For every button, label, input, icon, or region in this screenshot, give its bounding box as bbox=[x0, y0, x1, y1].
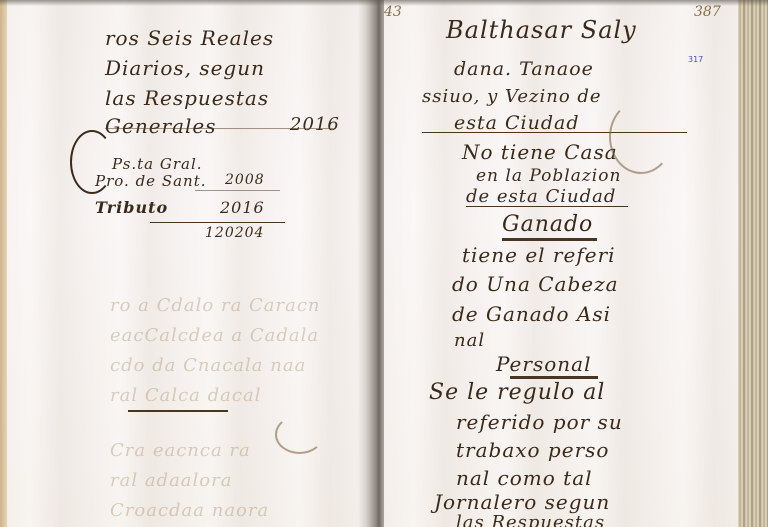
heading-underline bbox=[510, 376, 598, 379]
archive-stamp-number: 317 bbox=[688, 55, 703, 64]
section-heading-ganado: Ganado bbox=[502, 212, 593, 237]
heading-underline bbox=[502, 238, 597, 241]
manuscript-line: las Respuestas bbox=[105, 86, 269, 110]
bleed-through-text: Cra eacnca ra bbox=[110, 440, 251, 461]
sum-rule bbox=[150, 222, 285, 223]
bleed-through-text: Croacdaa naora bbox=[110, 500, 269, 521]
flourish-ornament bbox=[275, 415, 324, 454]
manuscript-spread: ro a Cdalo ra Caracn eacCalcdea a Cadala… bbox=[0, 0, 768, 527]
manuscript-line: ssiuo, y Vezino de bbox=[422, 86, 602, 107]
manuscript-line: nal como tal bbox=[456, 466, 593, 490]
manuscript-line: referido por su bbox=[456, 410, 623, 434]
manuscript-line: las Respuestas bbox=[456, 512, 605, 527]
manuscript-line: do Una Cabeza bbox=[452, 272, 619, 296]
ledger-rule bbox=[128, 410, 228, 412]
amount-tributo: 2016 bbox=[220, 198, 265, 217]
manuscript-line: trabaxo perso bbox=[456, 438, 609, 462]
bleed-through-text: cdo da Cnacala naa bbox=[110, 355, 306, 376]
page-stack-edge bbox=[738, 0, 768, 527]
bleed-through-text: ral adaalora bbox=[110, 470, 232, 491]
folio-number-right: 387 bbox=[694, 4, 721, 20]
manuscript-line: Tributo bbox=[95, 198, 168, 217]
manuscript-line: ros Seis Reales bbox=[105, 26, 274, 50]
section-heading-personal: Personal bbox=[496, 352, 591, 376]
bleed-through-text: eacCalcdea a Cadala bbox=[110, 325, 319, 346]
manuscript-line: Diarios, segun bbox=[105, 56, 265, 80]
bleed-through-text: ro a Cdalo ra Caracn bbox=[110, 295, 321, 316]
amount-pro-de-sant: 2008 bbox=[225, 172, 265, 188]
manuscript-line: nal bbox=[454, 330, 485, 351]
manuscript-line: en la Poblazion bbox=[476, 166, 621, 186]
manuscript-line: de Ganado Asi bbox=[452, 302, 611, 326]
manuscript-line: Pro. de Sant. bbox=[95, 172, 207, 190]
manuscript-line: Se le regulo al bbox=[429, 380, 605, 405]
section-rule bbox=[466, 206, 628, 207]
bleed-through-text: ral Calca dacal bbox=[110, 385, 261, 406]
manuscript-line: Generales bbox=[105, 114, 217, 138]
bleed-through-flourish bbox=[609, 100, 673, 174]
amount-total: 120204 bbox=[205, 225, 264, 241]
manuscript-line: Jornalero segun bbox=[434, 490, 610, 514]
left-page: ro a Cdalo ra Caracn eacCalcdea a Cadala… bbox=[0, 0, 372, 527]
left-page-edge bbox=[0, 0, 7, 527]
manuscript-line: No tiene Casa bbox=[462, 140, 618, 164]
manuscript-line: Balthasar Saly bbox=[446, 16, 637, 44]
manuscript-line: de esta Ciudad bbox=[466, 186, 616, 207]
manuscript-line: Ps.ta Gral. bbox=[112, 155, 203, 173]
folio-number-left: 43 bbox=[384, 4, 402, 20]
amount-generales: 2016 bbox=[290, 114, 340, 135]
top-edge-shadow bbox=[0, 0, 768, 6]
right-page: 43 387 317 Balthasar Saly dana. Tanaoe s… bbox=[384, 0, 744, 527]
manuscript-line: esta Ciudad bbox=[454, 112, 580, 134]
ledger-rule bbox=[195, 190, 280, 191]
manuscript-line: tiene el referi bbox=[462, 243, 616, 267]
manuscript-line: dana. Tanaoe bbox=[454, 58, 594, 80]
ledger-rule bbox=[105, 128, 335, 129]
